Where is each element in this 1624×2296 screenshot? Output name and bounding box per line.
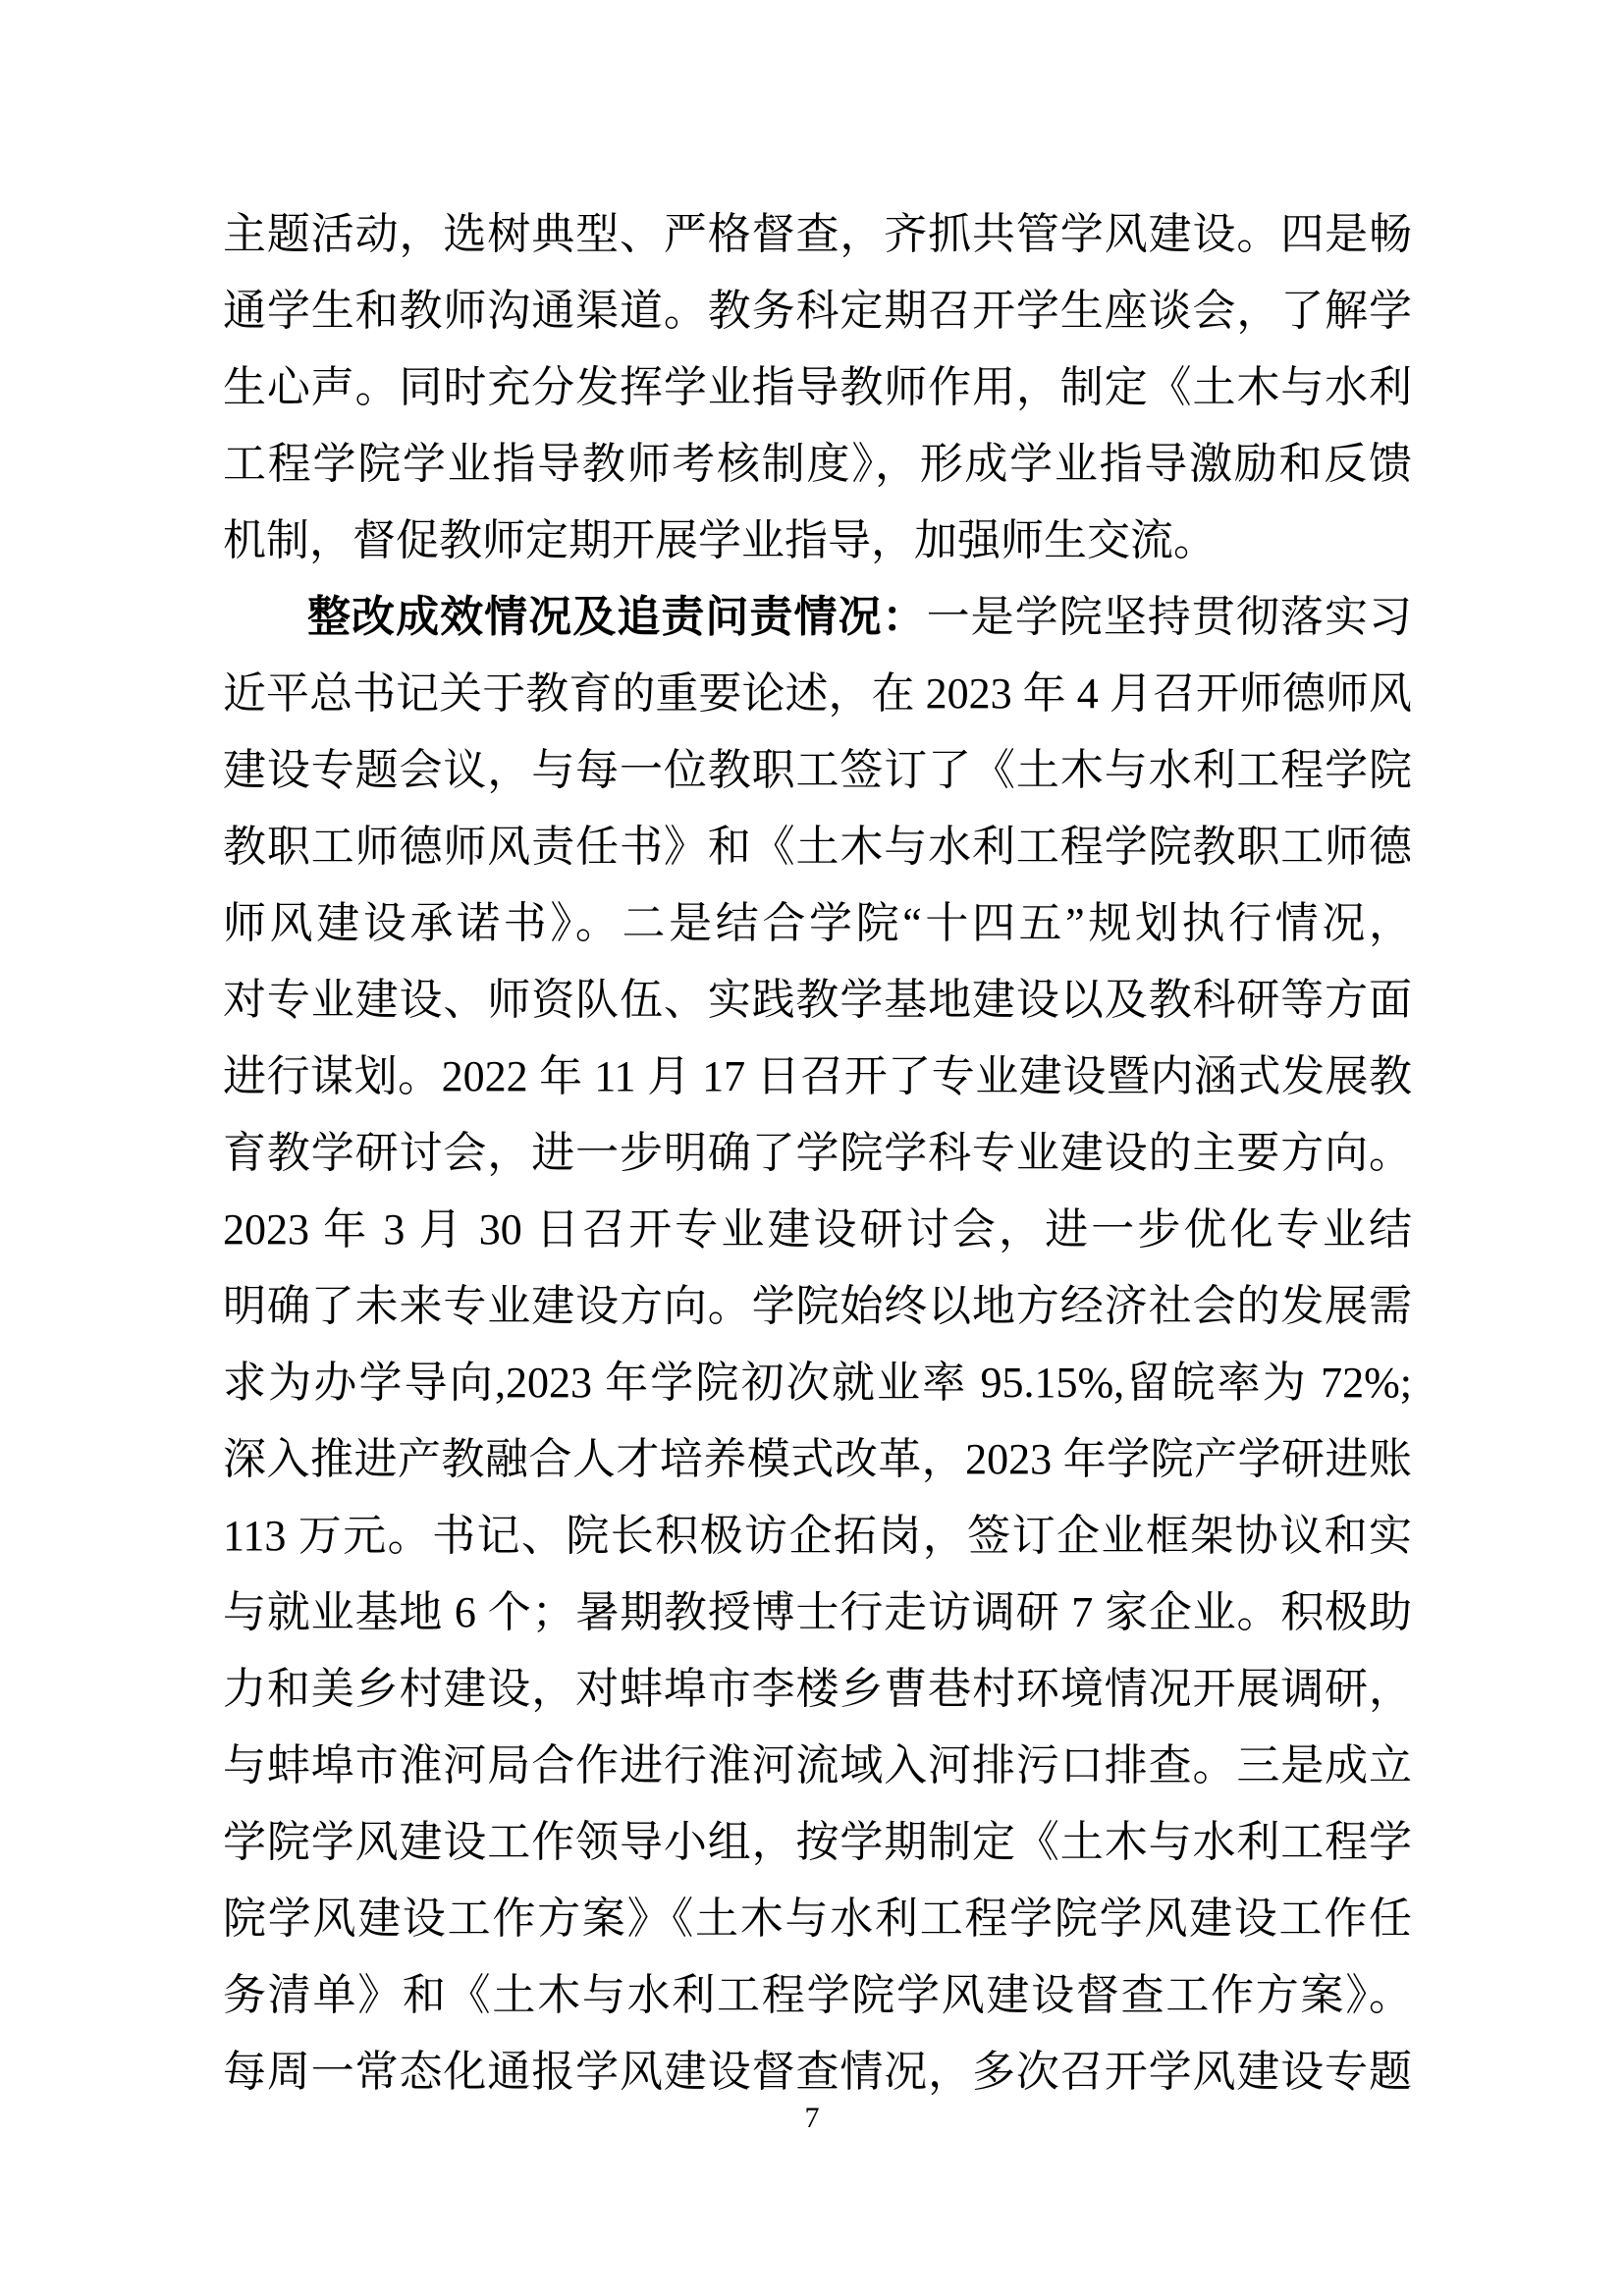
document-line: 师风建设承诺书》。二是结合学院“十四五”规划执行情况， bbox=[223, 885, 1412, 962]
document-line-text: 一是学院坚持贯彻落实习 bbox=[927, 593, 1412, 641]
page-footer: 7 bbox=[0, 2099, 1624, 2138]
document-line: 与就业基地 6 个；暑期教授博士行走访调研 7 家企业。积极助 bbox=[223, 1575, 1412, 1651]
document-line: 深入推进产教融合人才培养模式改革，2023 年学院产学研进账 bbox=[223, 1421, 1412, 1498]
document-line: 主题活动，选树典型、严格督查，齐抓共管学风建设。四是畅 bbox=[223, 196, 1412, 273]
document-page: 主题活动，选树典型、严格督查，齐抓共管学风建设。四是畅 通学生和教师沟通渠道。教… bbox=[0, 0, 1624, 2296]
document-line: 工程学院学业指导教师考核制度》，形成学业指导激励和反馈 bbox=[223, 426, 1412, 503]
document-line: 教职工师德师风责任书》和《土木与水利工程学院教职工师德 bbox=[223, 809, 1412, 885]
document-line: 务清单》和《土木与水利工程学院学风建设督查工作方案》。 bbox=[223, 1957, 1412, 2034]
document-line: 进行谋划。2022 年 11 月 17 日召开了专业建设暨内涵式发展教 bbox=[223, 1039, 1412, 1115]
document-line: 通学生和教师沟通渠道。教务科定期召开学生座谈会，了解学 bbox=[223, 273, 1412, 349]
page-number: 7 bbox=[805, 2102, 820, 2134]
document-line: 生心声。同时充分发挥学业指导教师作用，制定《土木与水利 bbox=[223, 349, 1412, 426]
document-line: 学院学风建设工作领导小组，按学期制定《土木与水利工程学 bbox=[223, 1804, 1412, 1881]
document-body: 主题活动，选树典型、严格督查，齐抓共管学风建设。四是畅 通学生和教师沟通渠道。教… bbox=[223, 196, 1412, 2110]
document-line: 力和美乡村建设，对蚌埠市李楼乡曹巷村环境情况开展调研， bbox=[223, 1651, 1412, 1728]
document-line: 求为办学导向,2023 年学院初次就业率 95.15%,留皖率为 72%; bbox=[223, 1345, 1412, 1421]
document-line: 机制，督促教师定期开展学业指导，加强师生交流。 bbox=[223, 503, 1412, 579]
section-heading: 整改成效情况及追责问责情况： bbox=[307, 593, 927, 641]
document-line: 113 万元。书记、院长积极访企拓岗，签订企业框架协议和实习 bbox=[223, 1498, 1412, 1575]
document-line: 整改成效情况及追责问责情况：一是学院坚持贯彻落实习 bbox=[223, 579, 1412, 656]
document-line: 明确了未来专业建设方向。学院始终以地方经济社会的发展需 bbox=[223, 1268, 1412, 1345]
document-line: 育教学研讨会，进一步明确了学院学科专业建设的主要方向。 bbox=[223, 1115, 1412, 1192]
document-line: 与蚌埠市淮河局合作进行淮河流域入河排污口排查。三是成立 bbox=[223, 1728, 1412, 1804]
document-line: 2023 年 3 月 30 日召开专业建设研讨会，进一步优化专业结构， bbox=[223, 1192, 1412, 1268]
document-line: 院学风建设工作方案》《土木与水利工程学院学风建设工作任 bbox=[223, 1881, 1412, 1957]
document-line: 建设专题会议，与每一位教职工签订了《土木与水利工程学院 bbox=[223, 732, 1412, 809]
document-line: 近平总书记关于教育的重要论述，在 2023 年 4 月召开师德师风 bbox=[223, 656, 1412, 732]
document-line: 对专业建设、师资队伍、实践教学基地建设以及教科研等方面 bbox=[223, 962, 1412, 1039]
